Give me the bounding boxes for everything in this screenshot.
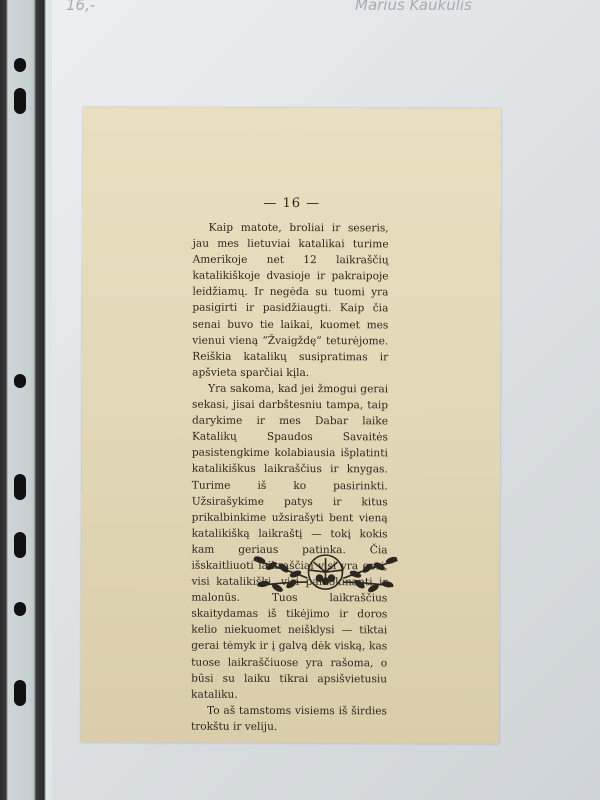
punch-hole	[14, 474, 26, 500]
paragraph: To aš tamstoms visiems iš širdies trokšt…	[191, 702, 387, 735]
binder-sleeve-strip	[0, 0, 52, 800]
punch-hole	[14, 532, 26, 558]
punch-hole	[14, 374, 26, 388]
body-text: Kaip matote, broliai ir seseris, jau mes…	[191, 220, 389, 736]
punch-hole	[14, 88, 26, 114]
punch-hole	[14, 58, 26, 72]
punch-hole	[14, 680, 26, 706]
wreath-ornament-icon	[247, 548, 403, 599]
paragraph: Kaip matote, broliai ir seseris, jau mes…	[192, 220, 389, 382]
book-page: — 16 — Kaip matote, broliai ir seseris, …	[81, 107, 501, 743]
handwritten-price: 16,-	[66, 0, 95, 14]
handwritten-name: Marius Kaukulis	[355, 0, 472, 14]
punch-hole	[14, 602, 26, 616]
page-number: — 16 —	[83, 195, 501, 211]
paragraph: Yra sakoma, kad jei žmogui gerai sekasi,…	[191, 381, 388, 704]
